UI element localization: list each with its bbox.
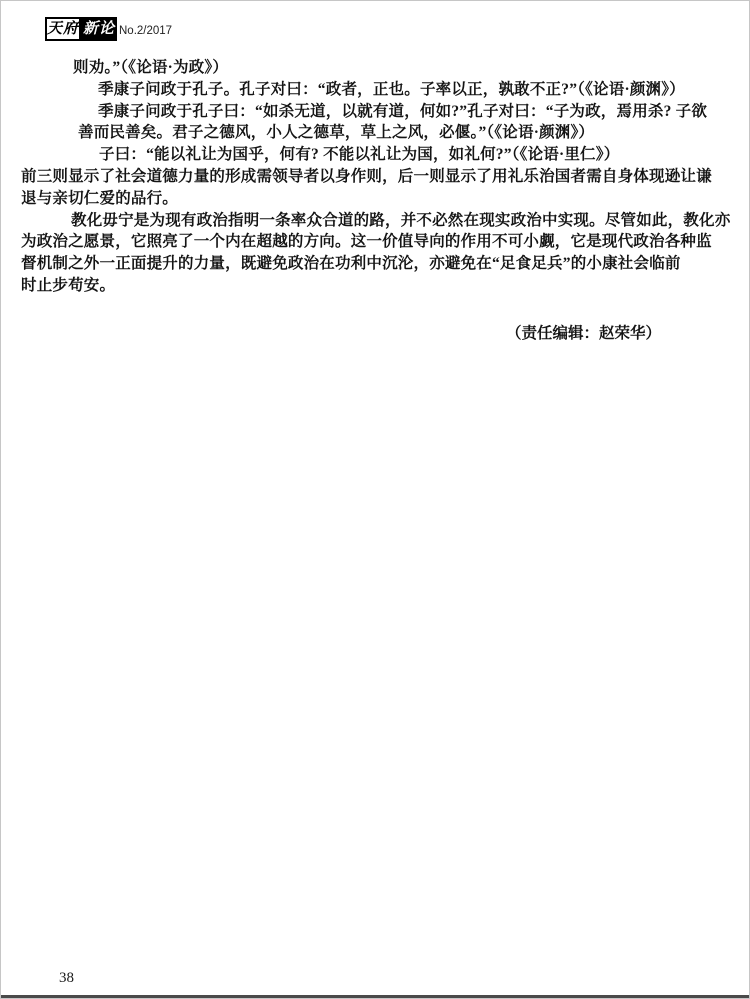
quote-line: 季康子问政于孔子曰：“如杀无道，以就有道，何如?”孔子对曰：“子为政，焉用杀? … [98,101,733,123]
quote-line: 则劝。”（《论语·为政》） [73,57,733,79]
page-number: 38 [59,970,74,987]
body-line: 为政治之愿景，它照亮了一个内在超越的方向。这一价值导向的作用不可小觑，它是现代政… [21,231,733,253]
journal-page: 天府 新论 No.2/2017 则劝。”（《论语·为政》） 季康子问政于孔子。孔… [0,0,750,999]
body-line: 督机制之外一正面提升的力量，既避免政治在功利中沉沦，亦避免在“足食足兵”的小康社… [21,253,733,275]
issue-number: No.2/2017 [119,25,172,37]
article-body: 则劝。”（《论语·为政》） 季康子问政于孔子。孔子对曰：“政者，正也。子率以正，… [21,57,733,297]
journal-logo-xinlun: 新论 [81,17,117,41]
body-line: 时止步苟安。 [21,275,733,297]
journal-masthead: 天府 新论 [45,17,117,41]
quote-line: 季康子问政于孔子。孔子对曰：“政者，正也。子率以正，孰敢不正?”（《论语·颜渊》… [98,79,733,101]
scan-bottom-edge [1,995,749,998]
body-line: 退与亲切仁爱的品行。 [21,188,733,210]
editor-credit: （责任编辑：赵荣华） [506,321,661,343]
quote-line: 子曰：“能以礼让为国乎，何有? 不能以礼让为国，如礼何?”（《论语·里仁》） [99,144,733,166]
journal-logo-tianfu: 天府 [45,17,81,41]
body-line: 前三则显示了社会道德力量的形成需领导者以身作则，后一则显示了用礼乐治国者需自身体… [21,166,733,188]
quote-line: 善而民善矣。君子之德风，小人之德草，草上之风，必偃。”（《论语·颜渊》） [78,122,733,144]
body-line: 教化毋宁是为现有政治指明一条率众合道的路，并不必然在现实政治中实现。尽管如此，教… [71,210,733,232]
